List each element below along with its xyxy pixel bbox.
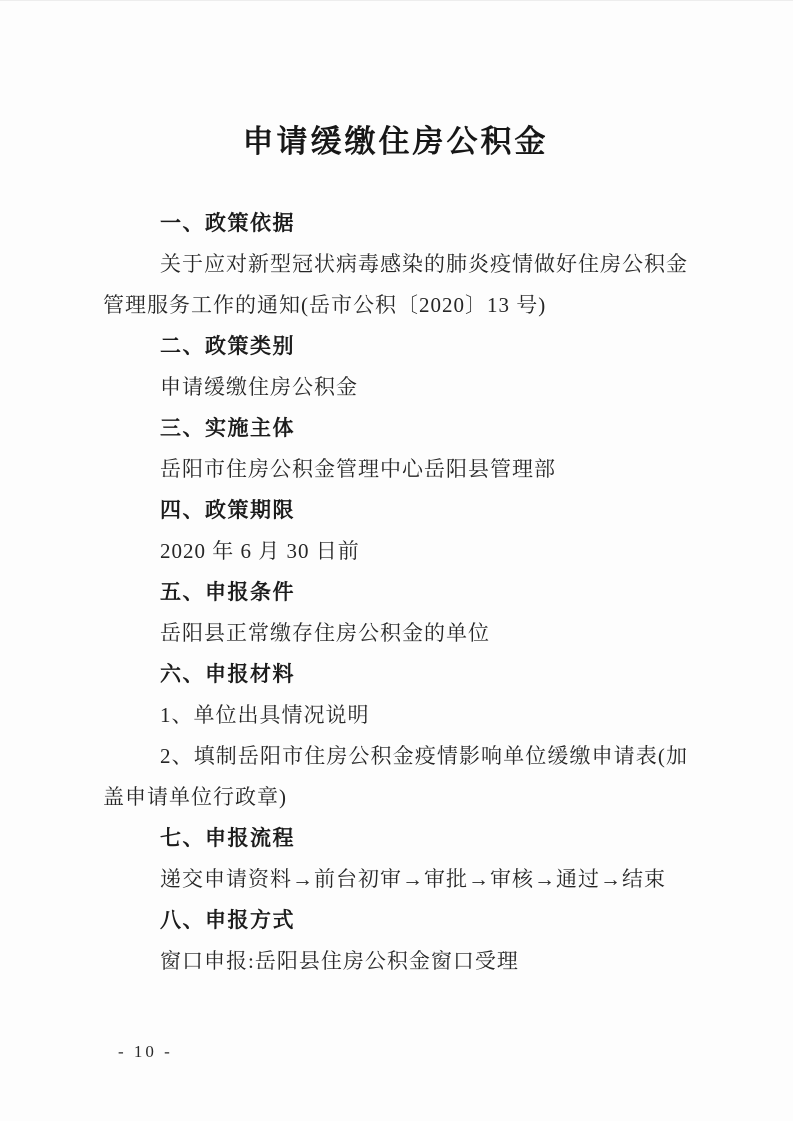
page-number: - 10 - [118, 1042, 173, 1062]
section-paragraph: 2、填制岳阳市住房公积金疫情影响单位缓缴申请表(加盖申请单位行政章) [103, 736, 688, 818]
section-application-materials: 六、申报材料 1、单位出具情况说明 2、填制岳阳市住房公积金疫情影响单位缓缴申请… [103, 654, 688, 818]
section-paragraph: 岳阳市住房公积金管理中心岳阳县管理部 [103, 449, 688, 490]
section-heading: 三、实施主体 [103, 408, 688, 449]
section-paragraph: 递交申请资料→前台初审→审批→审核→通过→结束 [103, 859, 688, 900]
section-policy-category: 二、政策类别 申请缓缴住房公积金 [103, 326, 688, 408]
section-application-conditions: 五、申报条件 岳阳县正常缴存住房公积金的单位 [103, 572, 688, 654]
section-application-process: 七、申报流程 递交申请资料→前台初审→审批→审核→通过→结束 [103, 818, 688, 900]
section-paragraph: 1、单位出具情况说明 [103, 695, 688, 736]
section-paragraph: 2020 年 6 月 30 日前 [103, 531, 688, 572]
section-paragraph: 关于应对新型冠状病毒感染的肺炎疫情做好住房公积金管理服务工作的通知(岳市公积〔2… [103, 244, 688, 326]
document-content: 申请缓缴住房公积金 一、政策依据 关于应对新型冠状病毒感染的肺炎疫情做好住房公积… [103, 119, 688, 982]
section-application-method: 八、申报方式 窗口申报:岳阳县住房公积金窗口受理 [103, 900, 688, 982]
section-policy-period: 四、政策期限 2020 年 6 月 30 日前 [103, 490, 688, 572]
section-heading: 八、申报方式 [103, 900, 688, 941]
section-heading: 七、申报流程 [103, 818, 688, 859]
section-heading: 六、申报材料 [103, 654, 688, 695]
document-page: 申请缓缴住房公积金 一、政策依据 关于应对新型冠状病毒感染的肺炎疫情做好住房公积… [0, 0, 793, 1121]
section-heading: 二、政策类别 [103, 326, 688, 367]
section-heading: 一、政策依据 [103, 203, 688, 244]
document-title: 申请缓缴住房公积金 [103, 119, 688, 165]
section-paragraph: 窗口申报:岳阳县住房公积金窗口受理 [103, 941, 688, 982]
section-policy-basis: 一、政策依据 关于应对新型冠状病毒感染的肺炎疫情做好住房公积金管理服务工作的通知… [103, 203, 688, 326]
section-heading: 四、政策期限 [103, 490, 688, 531]
section-paragraph: 岳阳县正常缴存住房公积金的单位 [103, 613, 688, 654]
section-paragraph: 申请缓缴住房公积金 [103, 367, 688, 408]
section-implementing-body: 三、实施主体 岳阳市住房公积金管理中心岳阳县管理部 [103, 408, 688, 490]
section-heading: 五、申报条件 [103, 572, 688, 613]
